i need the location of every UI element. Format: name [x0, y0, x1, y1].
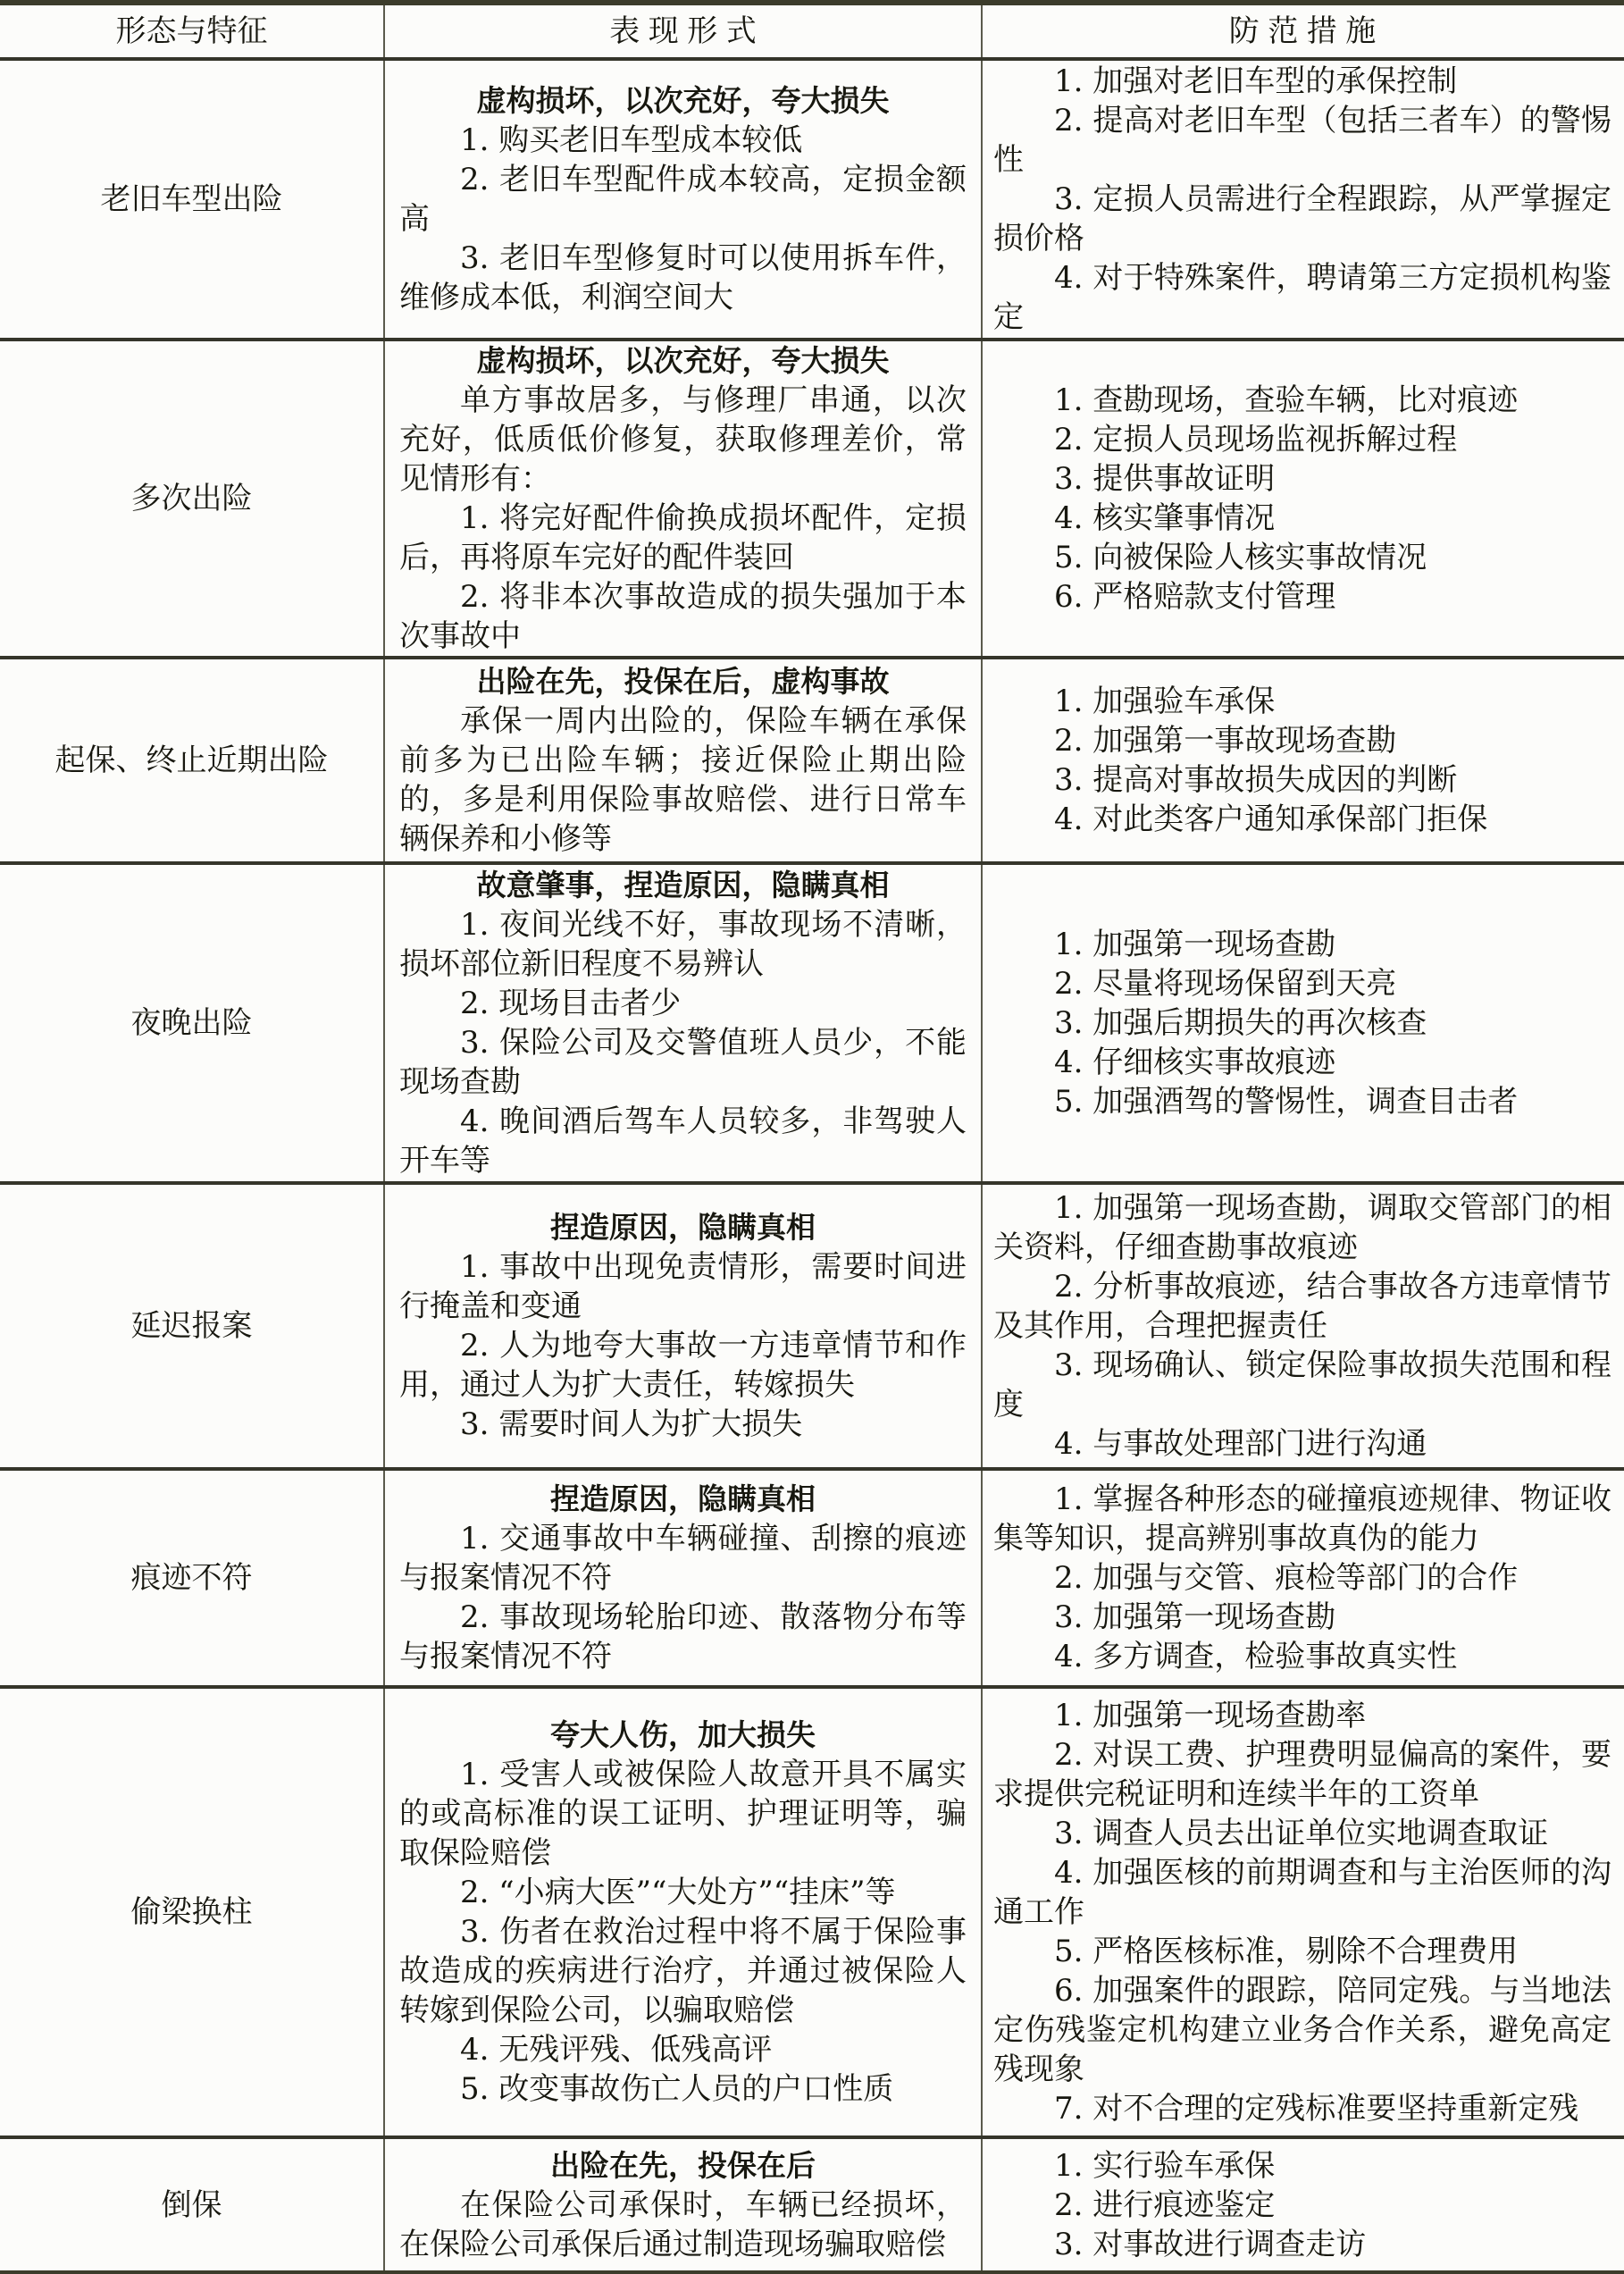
form-item: 1. 购买老旧车型成本较低 [399, 121, 967, 160]
measure-item: 3. 提高对事故损失成因的判断 [993, 760, 1611, 800]
measure-item: 5. 向被保险人核实事故情况 [993, 538, 1611, 577]
measure-item: 2. 分析事故痕迹，结合事故各方违章情节及其作用，合理把握责任 [993, 1267, 1611, 1346]
measure-item: 2. 尽量将现场保留到天亮 [993, 964, 1611, 1003]
feature-cell: 夜晚出险 [0, 865, 383, 1181]
form-title: 捏造原因，隐瞒真相 [399, 1208, 967, 1247]
table-row: 痕迹不符 捏造原因，隐瞒真相 1. 交通事故中车辆碰撞、刮擦的痕迹与报案情况不符… [0, 1471, 1624, 1689]
measure-item: 4. 仔细核实事故痕迹 [993, 1043, 1611, 1082]
measure-item: 2. 定损人员现场监视拆解过程 [993, 420, 1611, 459]
measures-cell: 1. 掌握各种形态的碰撞痕迹规律、物证收集等知识，提高辨别事故真伪的能力 2. … [981, 1471, 1624, 1685]
table-row: 延迟报案 捏造原因，隐瞒真相 1. 事故中出现免责情形，需要时间进行掩盖和变通 … [0, 1185, 1624, 1471]
form-item: 5. 改变事故伤亡人员的户口性质 [399, 2069, 967, 2109]
measure-item: 6. 严格赔款支付管理 [993, 577, 1611, 617]
feature-label: 延迟报案 [131, 1306, 253, 1346]
measure-item: 3. 调查人员去出证单位实地调查取证 [993, 1814, 1611, 1853]
header-cell-form: 表现形式 [383, 5, 981, 57]
column-header: 表现形式 [399, 12, 967, 51]
measure-item: 3. 对事故进行调查走访 [993, 2225, 1611, 2264]
form-cell: 虚构损坏，以次充好，夸大损失 单方事故居多，与修理厂串通，以次充好，低质低价修复… [383, 341, 981, 656]
table-row: 起保、终止近期出险 出险在先，投保在后，虚构事故 承保一周内出险的，保险车辆在承… [0, 659, 1624, 865]
column-header: 防范措施 [993, 12, 1611, 51]
measures-cell: 1. 查勘现场，查验车辆，比对痕迹 2. 定损人员现场监视拆解过程 3. 提供事… [981, 341, 1624, 656]
form-cell: 夸大人伤，加大损失 1. 受害人或被保险人故意开具不属实的或高标准的误工证明、护… [383, 1689, 981, 2136]
form-intro: 承保一周内出险的，保险车辆在承保前多为已出险车辆；接近保险止期出险的，多是利用保… [399, 701, 967, 859]
feature-label: 倒保 [162, 2186, 222, 2225]
measure-item: 1. 查勘现场，查验车辆，比对痕迹 [993, 381, 1611, 420]
form-intro: 单方事故居多，与修理厂串通，以次充好，低质低价修复，获取修理差价，常见情形有： [399, 381, 967, 499]
measure-item: 3. 加强第一现场查勘 [993, 1598, 1611, 1637]
form-item: 1. 交通事故中车辆碰撞、刮擦的痕迹与报案情况不符 [399, 1519, 967, 1598]
measure-item: 2. 加强第一事故现场查勘 [993, 721, 1611, 760]
form-cell: 出险在先，投保在后 在保险公司承保时，车辆已经损坏，在保险公司承保后通过制造现场… [383, 2139, 981, 2270]
form-item: 3. 保险公司及交警值班人员少，不能现场查勘 [399, 1023, 967, 1102]
form-cell: 出险在先，投保在后，虚构事故 承保一周内出险的，保险车辆在承保前多为已出险车辆；… [383, 659, 981, 861]
measure-item: 4. 加强医核的前期调查和与主治医师的沟通工作 [993, 1853, 1611, 1932]
form-item: 1. 受害人或被保险人故意开具不属实的或高标准的误工证明、护理证明等，骗取保险赔… [399, 1755, 967, 1873]
feature-cell: 偷梁换柱 [0, 1689, 383, 2136]
form-item: 2. 事故现场轮胎印迹、散落物分布等与报案情况不符 [399, 1598, 967, 1676]
feature-label: 多次出险 [131, 479, 253, 518]
form-title: 出险在先，投保在后 [399, 2146, 967, 2186]
column-header: 形态与特征 [116, 12, 268, 51]
measures-cell: 1. 加强第一现场查勘 2. 尽量将现场保留到天亮 3. 加强后期损失的再次核查… [981, 865, 1624, 1181]
header-cell-measures: 防范措施 [981, 5, 1624, 57]
measures-cell: 1. 实行验车承保 2. 进行痕迹鉴定 3. 对事故进行调查走访 [981, 2139, 1624, 2270]
feature-cell: 痕迹不符 [0, 1471, 383, 1685]
document-page: 形态与特征 表现形式 防范措施 老旧车型出险 虚构损坏，以次充好，夸大损失 1.… [0, 0, 1624, 2274]
feature-cell: 倒保 [0, 2139, 383, 2270]
form-cell: 虚构损坏，以次充好，夸大损失 1. 购买老旧车型成本较低 2. 老旧车型配件成本… [383, 61, 981, 338]
form-cell: 捏造原因，隐瞒真相 1. 事故中出现免责情形，需要时间进行掩盖和变通 2. 人为… [383, 1185, 981, 1467]
form-item: 2. 现场目击者少 [399, 984, 967, 1023]
form-item: 2. 将非本次事故造成的损失强加于本次事故中 [399, 577, 967, 656]
header-cell-feature: 形态与特征 [0, 5, 383, 57]
form-item: 2. 老旧车型配件成本较高，定损金额高 [399, 160, 967, 239]
measure-item: 3. 提供事故证明 [993, 459, 1611, 499]
measure-item: 2. 加强与交管、痕检等部门的合作 [993, 1558, 1611, 1598]
measure-item: 4. 对此类客户通知承保部门拒保 [993, 800, 1611, 839]
measure-item: 2. 进行痕迹鉴定 [993, 2186, 1611, 2225]
measure-item: 7. 对不合理的定残标准要坚持重新定残 [993, 2089, 1611, 2128]
measure-item: 2. 对误工费、护理费明显偏高的案件，要求提供完税证明和连续半年的工资单 [993, 1735, 1611, 1814]
form-title: 夸大人伤，加大损失 [399, 1716, 967, 1755]
feature-label: 夜晚出险 [131, 1003, 253, 1043]
table-row: 老旧车型出险 虚构损坏，以次充好，夸大损失 1. 购买老旧车型成本较低 2. 老… [0, 61, 1624, 341]
table-row: 夜晚出险 故意肇事，捏造原因，隐瞒真相 1. 夜间光线不好，事故现场不清晰，损坏… [0, 865, 1624, 1185]
feature-cell: 延迟报案 [0, 1185, 383, 1467]
measures-cell: 1. 加强对老旧车型的承保控制 2. 提高对老旧车型（包括三者车）的警惕性 3.… [981, 61, 1624, 338]
measure-item: 2. 提高对老旧车型（包括三者车）的警惕性 [993, 101, 1611, 180]
measure-item: 3. 现场确认、锁定保险事故损失范围和程度 [993, 1346, 1611, 1424]
measure-item: 1. 加强对老旧车型的承保控制 [993, 62, 1611, 101]
form-title: 出险在先，投保在后，虚构事故 [399, 662, 967, 701]
form-cell: 故意肇事，捏造原因，隐瞒真相 1. 夜间光线不好，事故现场不清晰，损坏部位新旧程… [383, 865, 981, 1181]
measure-item: 1. 加强第一现场查勘，调取交管部门的相关资料，仔细查勘事故痕迹 [993, 1188, 1611, 1267]
feature-label: 偷梁换柱 [131, 1892, 253, 1932]
measure-item: 3. 加强后期损失的再次核查 [993, 1003, 1611, 1043]
form-item: 4. 无残评残、低残高评 [399, 2030, 967, 2069]
form-item: 2. “小病大医”“大处方”“挂床”等 [399, 1873, 967, 1912]
form-cell: 捏造原因，隐瞒真相 1. 交通事故中车辆碰撞、刮擦的痕迹与报案情况不符 2. 事… [383, 1471, 981, 1685]
measure-item: 1. 加强验车承保 [993, 682, 1611, 721]
form-intro: 在保险公司承保时，车辆已经损坏，在保险公司承保后通过制造现场骗取赔偿 [399, 2186, 967, 2264]
feature-cell: 起保、终止近期出险 [0, 659, 383, 861]
table-header-row: 形态与特征 表现形式 防范措施 [0, 5, 1624, 61]
form-item: 3. 需要时间人为扩大损失 [399, 1405, 967, 1444]
measure-item: 6. 加强案件的跟踪，陪同定残。与当地法定伤残鉴定机构建立业务合作关系，避免高定… [993, 1971, 1611, 2089]
measures-cell: 1. 加强第一现场查勘率 2. 对误工费、护理费明显偏高的案件，要求提供完税证明… [981, 1689, 1624, 2136]
form-item: 1. 夜间光线不好，事故现场不清晰，损坏部位新旧程度不易辨认 [399, 905, 967, 984]
measure-item: 1. 加强第一现场查勘 [993, 925, 1611, 964]
form-title: 故意肇事，捏造原因，隐瞒真相 [399, 866, 967, 905]
feature-label: 痕迹不符 [131, 1558, 253, 1598]
measure-item: 1. 掌握各种形态的碰撞痕迹规律、物证收集等知识，提高辨别事故真伪的能力 [993, 1480, 1611, 1558]
measure-item: 5. 加强酒驾的警惕性，调查目击者 [993, 1082, 1611, 1121]
form-item: 1. 将完好配件偷换成损坏配件，定损后，再将原车完好的配件装回 [399, 499, 967, 577]
form-item: 4. 晚间酒后驾车人员较多，非驾驶人开车等 [399, 1102, 967, 1180]
feature-label: 起保、终止近期出险 [55, 741, 329, 780]
measure-item: 5. 严格医核标准，剔除不合理费用 [993, 1932, 1611, 1971]
measure-item: 4. 核实肇事情况 [993, 499, 1611, 538]
feature-cell: 老旧车型出险 [0, 61, 383, 338]
measure-item: 1. 加强第一现场查勘率 [993, 1696, 1611, 1735]
table-row: 多次出险 虚构损坏，以次充好，夸大损失 单方事故居多，与修理厂串通，以次充好，低… [0, 341, 1624, 659]
feature-label: 老旧车型出险 [101, 180, 283, 219]
measure-item: 1. 实行验车承保 [993, 2146, 1611, 2186]
measure-item: 4. 对于特殊案件，聘请第三方定损机构鉴定 [993, 258, 1611, 337]
form-title: 虚构损坏，以次充好，夸大损失 [399, 341, 967, 381]
form-item: 3. 老旧车型修复时可以使用拆车件，维修成本低，利润空间大 [399, 239, 967, 317]
form-item: 2. 人为地夸大事故一方违章情节和作用，通过人为扩大责任，转嫁损失 [399, 1326, 967, 1405]
measure-item: 3. 定损人员需进行全程跟踪，从严掌握定损价格 [993, 180, 1611, 258]
measure-item: 4. 与事故处理部门进行沟通 [993, 1424, 1611, 1464]
form-title: 捏造原因，隐瞒真相 [399, 1480, 967, 1519]
form-title: 虚构损坏，以次充好，夸大损失 [399, 81, 967, 121]
form-item: 3. 伤者在救治过程中将不属于保险事故造成的疾病进行治疗，并通过被保险人转嫁到保… [399, 1912, 967, 2030]
table-row: 倒保 出险在先，投保在后 在保险公司承保时，车辆已经损坏，在保险公司承保后通过制… [0, 2139, 1624, 2270]
feature-cell: 多次出险 [0, 341, 383, 656]
table-row: 偷梁换柱 夸大人伤，加大损失 1. 受害人或被保险人故意开具不属实的或高标准的误… [0, 1689, 1624, 2139]
form-item: 1. 事故中出现免责情形，需要时间进行掩盖和变通 [399, 1247, 967, 1326]
measures-cell: 1. 加强验车承保 2. 加强第一事故现场查勘 3. 提高对事故损失成因的判断 … [981, 659, 1624, 861]
measure-item: 4. 多方调查，检验事故真实性 [993, 1637, 1611, 1676]
measures-cell: 1. 加强第一现场查勘，调取交管部门的相关资料，仔细查勘事故痕迹 2. 分析事故… [981, 1185, 1624, 1467]
